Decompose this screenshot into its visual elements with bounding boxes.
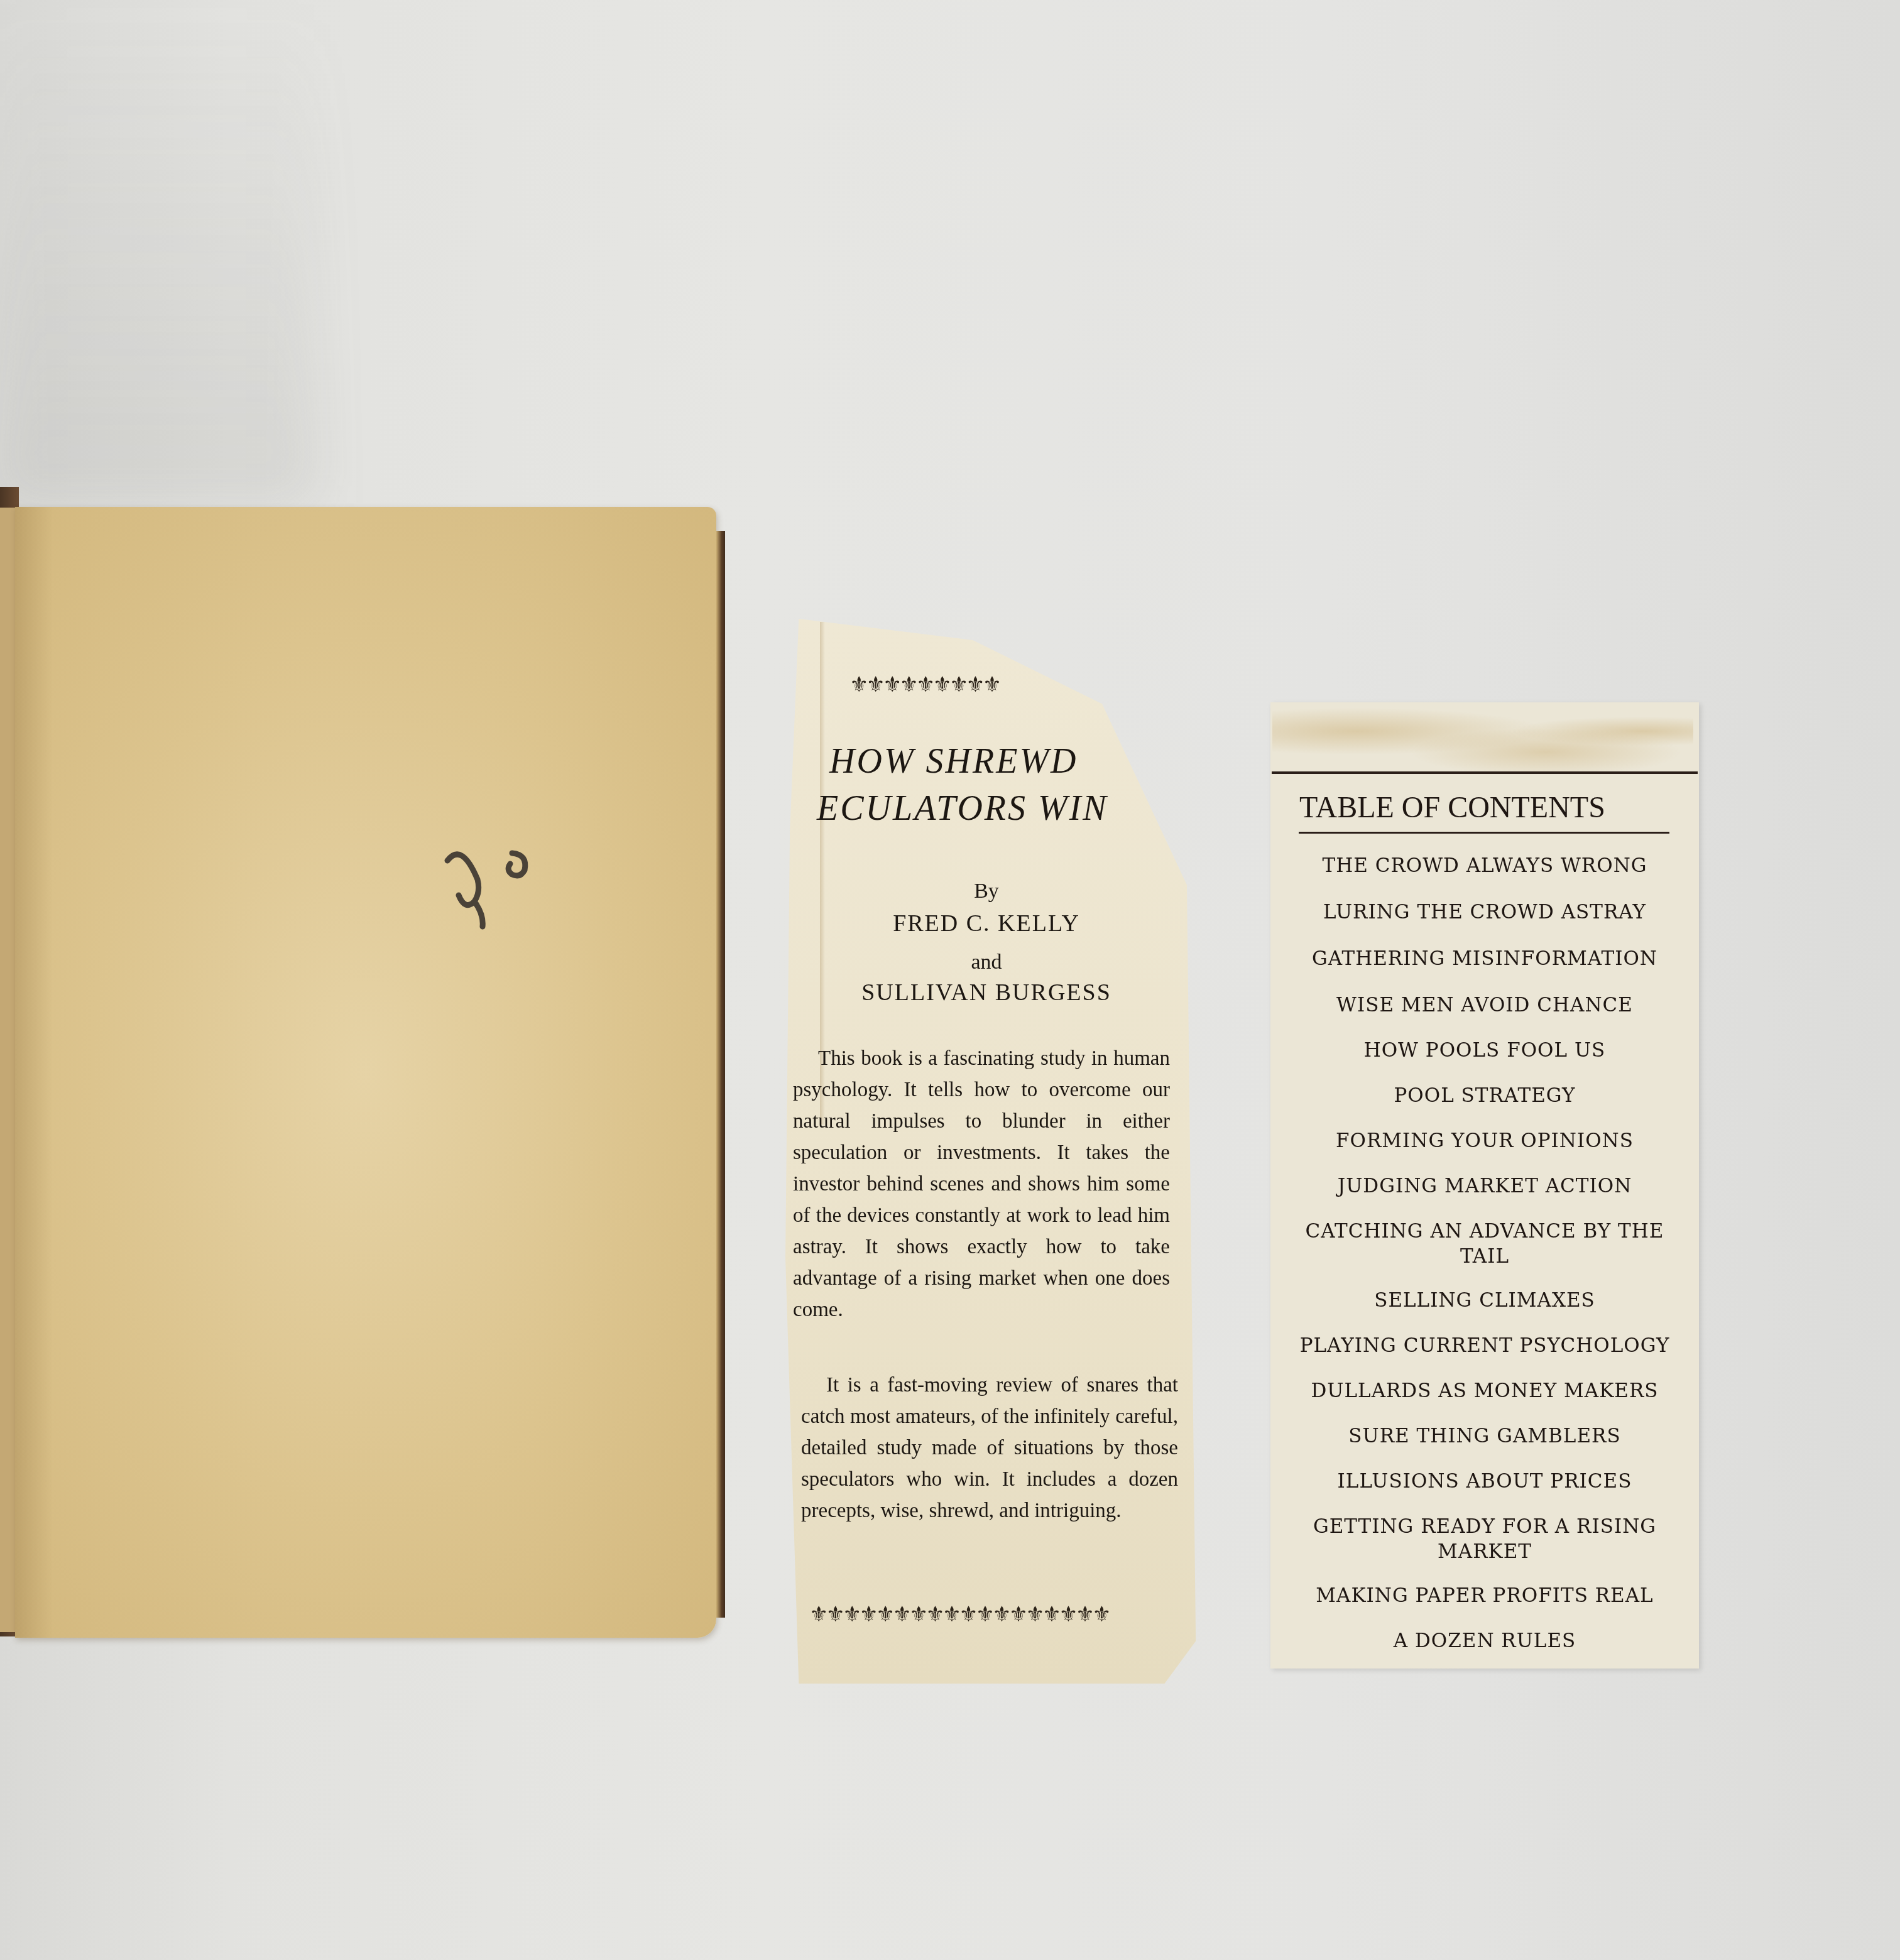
toc-item: FORMING YOUR OPINIONS [1275, 1128, 1694, 1153]
toc-item: MAKING PAPER PROFITS REAL [1275, 1583, 1694, 1608]
toc-item: SELLING CLIMAXES [1275, 1288, 1694, 1313]
toc-item: DULLARDS AS MONEY MAKERS [1275, 1378, 1694, 1403]
water-stain [1272, 704, 1693, 773]
background-shadow [0, 0, 314, 503]
toc-item: PLAYING CURRENT PSYCHOLOGY [1275, 1333, 1694, 1358]
toc-item: CATCHING AN ADVANCE BY THE TAIL [1275, 1219, 1694, 1269]
toc-item: JUDGING MARKET ACTION [1275, 1173, 1694, 1199]
toc-item: THE CROWD ALWAYS WRONG [1275, 853, 1694, 878]
book-fore-edge [716, 531, 725, 1618]
handwritten-inscription-icon [440, 842, 540, 930]
toc-item: SURE THING GAMBLERS [1275, 1424, 1694, 1449]
book-left-page-edge [0, 508, 16, 1632]
toc-title-underline [1299, 832, 1669, 834]
toc-item: POOL STRATEGY [1275, 1083, 1694, 1108]
flap-and: and [811, 950, 1162, 974]
toc-top-rule [1272, 771, 1698, 774]
book-endpaper-page [15, 507, 716, 1638]
toc-item: HOW POOLS FOOL US [1275, 1038, 1694, 1063]
flap-author-2: SULLIVAN BURGESS [811, 979, 1162, 1006]
toc-item: ILLUSIONS ABOUT PRICES [1275, 1469, 1694, 1494]
flap-title-line-2: ECULATORS WIN [817, 788, 1169, 829]
toc-item: GATHERING MISINFORMATION [1275, 946, 1694, 971]
toc-item: LURING THE CROWD ASTRAY [1275, 900, 1694, 925]
fleur-de-lis-border-bottom: ⚜⚜⚜⚜⚜⚜⚜⚜⚜⚜⚜⚜⚜⚜⚜⚜⚜⚜ [809, 1602, 1109, 1627]
flap-description-paragraph-1: This book is a fascinating study in huma… [793, 1043, 1170, 1326]
toc-item: WISE MEN AVOID CHANCE [1275, 993, 1694, 1018]
fleur-de-lis-border-top: ⚜⚜⚜⚜⚜⚜⚜⚜⚜ [849, 672, 999, 697]
toc-title: TABLE OF CONTENTS [1299, 790, 1676, 825]
flap-title-line-1: HOW SHREWD [829, 741, 1181, 781]
flap-byline: By [811, 879, 1162, 903]
flap-author-1: FRED C. KELLY [811, 910, 1162, 937]
toc-item: A DOZEN RULES [1275, 1628, 1694, 1653]
toc-item: GETTING READY FOR A RISING MARKET [1275, 1514, 1694, 1564]
flap-description-paragraph-2: It is a fast-moving review of snares tha… [801, 1369, 1178, 1527]
